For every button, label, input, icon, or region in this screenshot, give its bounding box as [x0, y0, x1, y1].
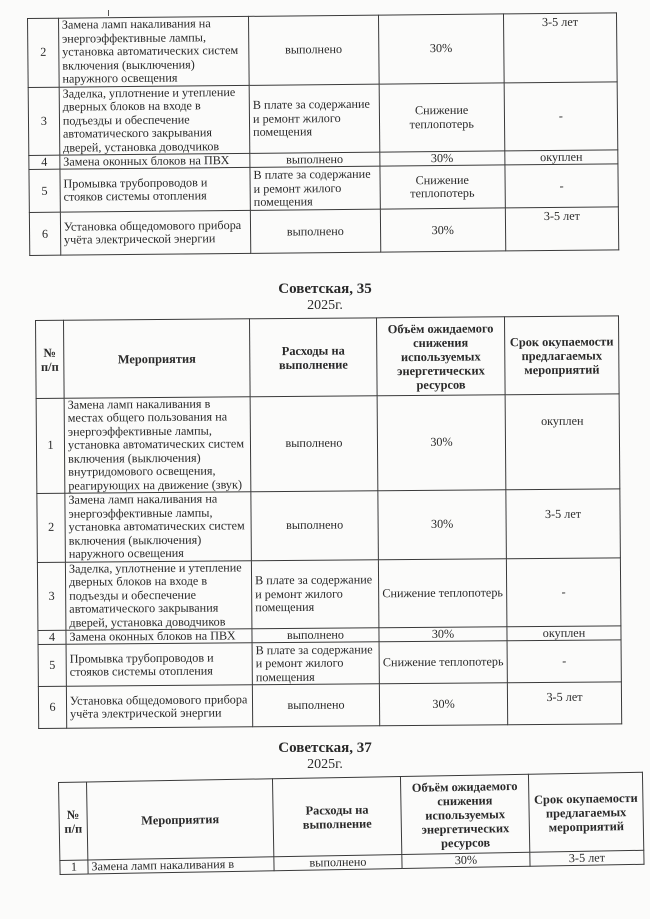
header-measure: Мероприятия [87, 779, 274, 860]
section-title-35: Советская, 35 [0, 281, 650, 298]
reduction-cell: 30% [402, 852, 530, 869]
measures-table-37: № п/п Мероприятия Расходы на выполнение … [58, 772, 645, 876]
scan-mark [108, 10, 109, 16]
measure-cell: Промывка трубопроводов и стояков системы… [60, 168, 251, 213]
reduction-cell: Снижение теплопотерь [379, 83, 505, 152]
row-number: 5 [29, 170, 60, 213]
reduction-cell: 30% [378, 490, 507, 560]
table-header-row: № п/п Мероприятия Расходы на выполнение … [59, 772, 644, 860]
payback-cell: окуплен [507, 626, 621, 641]
measure-cell: Промывка трубопроводов и стояков системы… [66, 643, 252, 686]
measure-cell: Замена ламп накаливания в местах общего … [64, 397, 251, 493]
row-number: 1 [36, 398, 65, 493]
reduction-cell: Снижение теплопотерь [379, 641, 507, 684]
table-row: 3 Заделка, уплотнение и утепление дверны… [28, 82, 618, 156]
payback-cell: - [505, 164, 619, 208]
table-row: 6 Установка общедомового прибора учёта э… [29, 207, 618, 256]
header-reduction: Объём ожидаемого снижения используемых э… [376, 317, 505, 396]
cost-cell: В плате за содержание и ремонт жилого по… [249, 84, 379, 153]
table-row: 5 Промывка трубопроводов и стояков систе… [29, 164, 618, 213]
payback-cell: 3-5 лет [503, 13, 617, 83]
payback-cell: - [506, 558, 621, 627]
header-payback: Срок окупаемости предлагаемых мероприяти… [504, 316, 619, 395]
payback-cell: - [504, 82, 618, 151]
measure-cell: Замена оконных блоков на ПВХ [66, 629, 252, 645]
table-header-row: № п/п Мероприятия Расходы на выполнение … [36, 316, 620, 399]
measure-cell: Замена ламп накаливания в [88, 857, 274, 875]
cost-cell: В плате за содержание и ремонт жилого по… [252, 642, 379, 685]
payback-cell: - [507, 640, 621, 683]
measure-cell: Заделка, уплотнение и утепление дверных … [59, 85, 250, 155]
header-num: № п/п [36, 320, 65, 398]
row-number: 3 [37, 562, 66, 630]
reduction-cell: 30% [380, 208, 506, 252]
reduction-cell: 30% [379, 683, 507, 726]
cost-cell: выполнено [252, 628, 379, 643]
measure-cell: Установка общедомового прибора учёта эле… [60, 211, 251, 256]
table-row: 6 Установка общедомового прибора учёта э… [38, 682, 621, 729]
row-number: 6 [29, 213, 60, 256]
cost-cell: выполнено [251, 491, 379, 561]
cost-cell: выполнено [274, 855, 402, 872]
header-cost: Расходы на выполнение [272, 777, 401, 857]
cost-cell: В плате за содержание и ремонт жилого по… [250, 167, 380, 211]
reduction-cell: 30% [379, 151, 505, 167]
table-row: 3 Заделка, уплотнение и утепление дверны… [37, 558, 621, 631]
reduction-cell: Снижение теплопотерь [379, 165, 505, 209]
row-number: 1 [60, 860, 88, 875]
row-number: 2 [37, 493, 66, 562]
cost-cell: выполнено [248, 15, 378, 85]
section-year-35: 2025г. [0, 298, 650, 314]
header-cost: Расходы на выполнение [249, 318, 377, 397]
table-row: 2 Замена ламп накаливания на энергоэффек… [28, 13, 618, 88]
continuation-measures-table: 2 Замена ламп накаливания на энергоэффек… [27, 12, 619, 256]
payback-cell: окуплен [505, 394, 620, 490]
header-reduction: Объём ожидаемого снижения используемых э… [400, 774, 529, 854]
row-number: 5 [38, 645, 66, 687]
cost-cell: выполнено [250, 152, 380, 168]
table-row: 2 Замена ламп накаливания на энергоэффек… [37, 489, 621, 563]
header-payback: Срок окупаемости предлагаемых мероприяти… [528, 772, 643, 852]
cost-cell: выполнено [250, 396, 378, 492]
cost-cell: выполнено [252, 684, 379, 727]
payback-cell: 3-5 лет [507, 682, 621, 725]
row-number: 4 [29, 155, 60, 170]
measures-table-35: № п/п Мероприятия Расходы на выполнение … [35, 315, 622, 729]
measure-cell: Замена ламп накаливания на энергоэффекти… [65, 492, 252, 562]
cost-cell: выполнено [250, 210, 380, 254]
payback-cell: окуплен [505, 150, 618, 165]
header-num: № п/п [59, 782, 88, 860]
reduction-cell: 30% [379, 627, 507, 642]
row-number: 2 [28, 18, 59, 87]
header-measure: Мероприятия [64, 319, 251, 398]
row-number: 3 [28, 87, 59, 155]
table-row: 5 Промывка трубопроводов и стояков систе… [38, 640, 621, 687]
reduction-cell: Снижение теплопотерь [378, 559, 507, 628]
row-number: 4 [38, 630, 66, 645]
measure-cell: Замена оконных блоков на ПВХ [60, 153, 250, 169]
table-row: 1 Замена ламп накаливания в местах общег… [36, 394, 620, 494]
section-year-37: 2025г. [0, 757, 650, 773]
measure-cell: Заделка, уплотнение и утепление дверных … [65, 561, 252, 630]
payback-cell: 3-5 лет [505, 207, 619, 251]
payback-cell: 3-5 лет [506, 489, 621, 559]
reduction-cell: 30% [378, 14, 504, 84]
measure-cell: Установка общедомового прибора учёта эле… [66, 685, 252, 728]
payback-cell: 3-5 лет [530, 850, 644, 866]
measure-cell: Замена ламп накаливания на энергоэффекти… [58, 16, 249, 87]
scanned-document-page: 2 Замена ламп накаливания на энергоэффек… [0, 0, 650, 919]
row-number: 6 [38, 687, 66, 729]
section-title-37: Советская, 37 [0, 740, 650, 757]
reduction-cell: 30% [377, 395, 506, 491]
cost-cell: В плате за содержание и ремонт жилого по… [251, 560, 379, 629]
